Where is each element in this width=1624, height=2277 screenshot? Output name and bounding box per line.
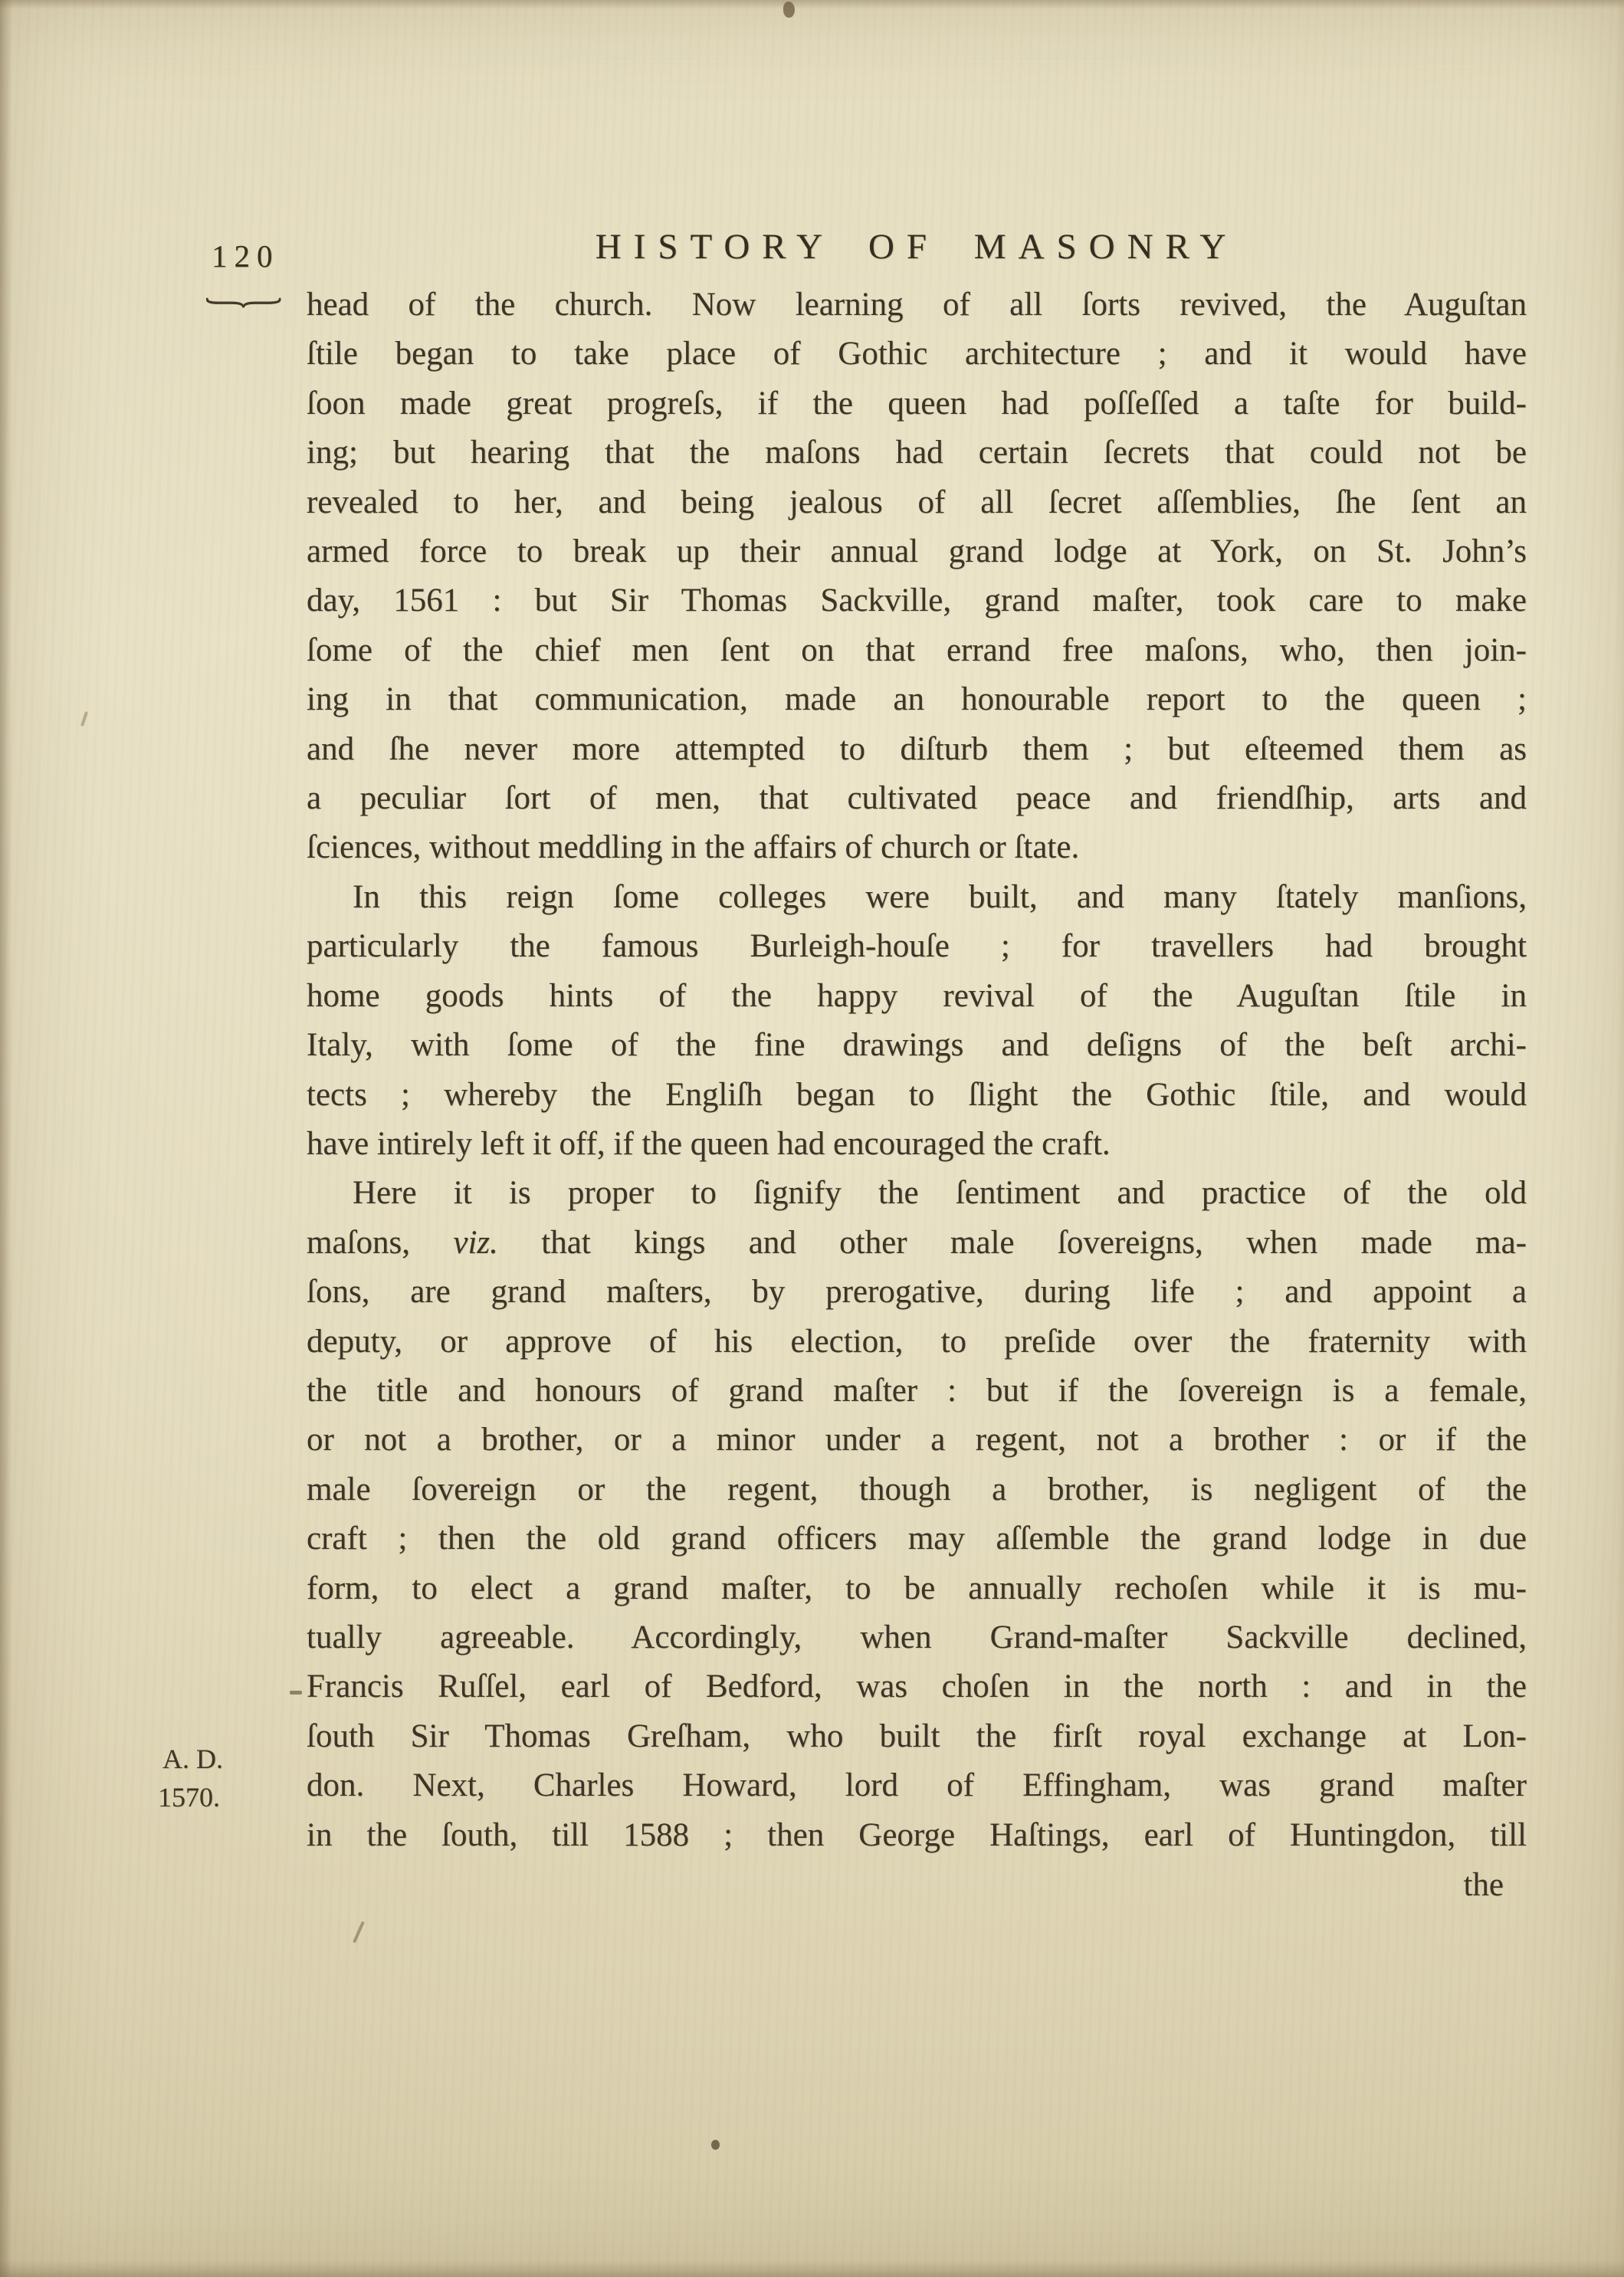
body-text-block: head of the church. Now learning of all … <box>307 281 1527 1860</box>
italic-text-segment: viz. <box>453 1225 498 1261</box>
page-edge-shadow-bottom <box>0 2260 1624 2277</box>
text-line: ing in that communication, made an honou… <box>307 675 1527 724</box>
text-line: ſouth Sir Thomas Greſham, who built the … <box>307 1712 1527 1761</box>
catchword: the <box>307 1861 1504 1910</box>
margin-note-date: A. D. 1570. <box>158 1740 223 1816</box>
margin-note-ad: A. D. <box>158 1740 223 1778</box>
text-segment: that kings and other male ſovereigns, wh… <box>498 1225 1527 1261</box>
text-line: in the ſouth, till 1588 ; then George Ha… <box>307 1811 1527 1860</box>
running-header-title: HISTORY OF MASONRY <box>307 226 1527 267</box>
text-line: In this reign ſome colleges were built, … <box>307 873 1527 922</box>
page-number: 120 <box>212 238 280 274</box>
text-line: ing; but hearing that the maſons had cer… <box>307 428 1527 477</box>
page-edge-shadow-left <box>0 0 12 2277</box>
text-line: or not a brother, or a minor under a reg… <box>307 1416 1527 1465</box>
text-line: home goods hints of the happy revival of… <box>307 972 1527 1021</box>
text-line: particularly the famous Burleigh-houſe ;… <box>307 922 1527 971</box>
book-page: 120 { HISTORY OF MASONRY A. D. 1570. hea… <box>0 0 1624 2277</box>
text-line: don. Next, Charles Howard, lord of Effin… <box>307 1761 1527 1810</box>
text-line: male ſovereign or the regent, though a b… <box>307 1465 1527 1514</box>
text-line: head of the church. Now learning of all … <box>307 281 1527 330</box>
text-line: Francis Ruſſel, earl of Bedford, was cho… <box>307 1662 1527 1711</box>
text-line: Here it is proper to ſignify the ſentime… <box>307 1169 1527 1218</box>
text-line: day, 1561 : but Sir Thomas Sackville, gr… <box>307 576 1527 625</box>
text-segment: maſons, <box>307 1225 453 1261</box>
text-line: revealed to her, and being jealous of al… <box>307 478 1527 527</box>
paper-speck <box>80 711 88 727</box>
text-line: ſtile began to take place of Gothic arch… <box>307 330 1527 379</box>
text-line: Italy, with ſome of the fine drawings an… <box>307 1021 1527 1070</box>
text-line: maſons, viz. that kings and other male ſ… <box>307 1219 1527 1268</box>
text-line: deputy, or approve of his election, to p… <box>307 1317 1527 1367</box>
page-edge-shadow-top <box>0 0 1624 9</box>
text-line: form, to elect a grand maſter, to be ann… <box>307 1564 1527 1613</box>
text-line: tects ; whereby the Engliſh began to ſli… <box>307 1071 1527 1120</box>
text-line: tually agreeable. Accordingly, when Gran… <box>307 1613 1527 1662</box>
text-line: craft ; then the old grand officers may … <box>307 1514 1527 1563</box>
paper-speck <box>290 1691 302 1695</box>
text-line: a peculiar ſort of men, that cultivated … <box>307 774 1527 823</box>
margin-note-year: 1570. <box>158 1778 223 1816</box>
text-line: ſciences, without meddling in the affair… <box>307 823 1527 872</box>
text-line: ſoon made great progreſs, if the queen h… <box>307 379 1527 428</box>
text-line: ſome of the chief men ſent on that erran… <box>307 626 1527 675</box>
text-line: armed force to break up their annual gra… <box>307 527 1527 576</box>
paper-speck <box>353 1921 365 1943</box>
text-line: have intirely left it off, if the queen … <box>307 1120 1527 1169</box>
paper-speck <box>783 2 795 18</box>
text-line: the title and honours of grand maſter : … <box>307 1367 1527 1416</box>
text-line: and ſhe never more attempted to diſturb … <box>307 725 1527 774</box>
paper-speck <box>711 2140 720 2150</box>
text-line: ſons, are grand maſters, by prerogative,… <box>307 1268 1527 1317</box>
